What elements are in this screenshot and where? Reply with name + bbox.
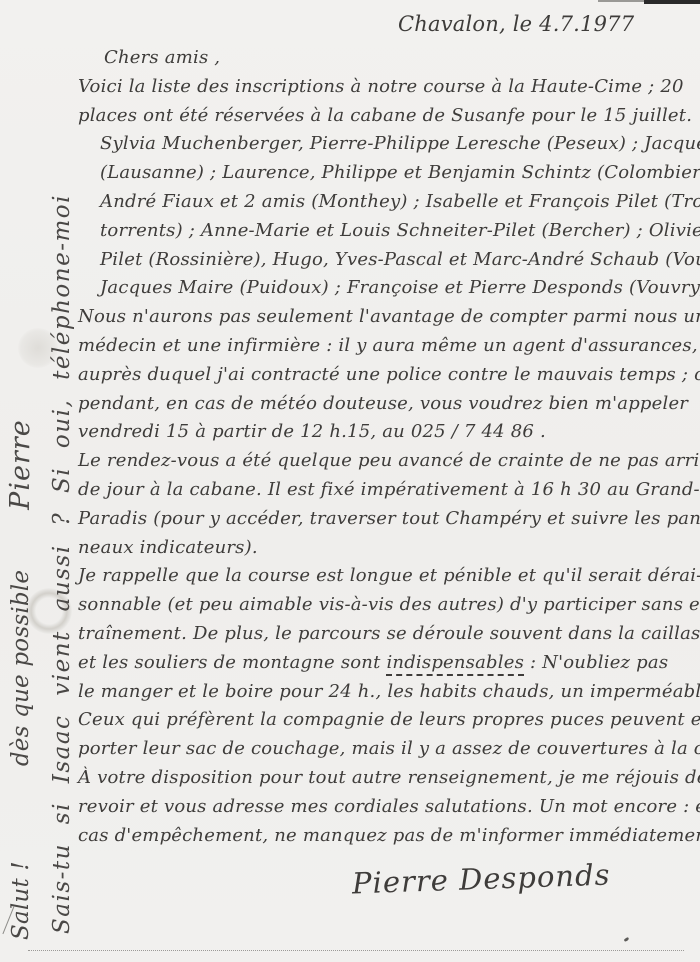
- signature: Pierre Desponds: [351, 857, 611, 900]
- letter-page: Chavalon, le 4.7.1977 Chers amis , Voici…: [0, 0, 700, 962]
- body-line: traînement. De plus, le parcours se déro…: [78, 620, 698, 649]
- body-line: pendant, en cas de météo douteuse, vous …: [78, 390, 698, 419]
- body-line-names: André Fiaux et 2 amis (Monthey) ; Isabel…: [78, 188, 698, 217]
- body-line: vendredi 15 à partir de 12 h.15, au 025 …: [78, 418, 698, 447]
- body-line: À votre disposition pour tout autre rens…: [78, 764, 698, 793]
- body-line-names: Jacques Maire (Puidoux) ; Françoise et P…: [78, 274, 698, 303]
- body-line-names: torrents) ; Anne-Marie et Louis Schneite…: [78, 217, 698, 246]
- body-line: sonnable (et peu aimable vis-à-vis des a…: [78, 591, 698, 620]
- body-line: Le rendez-vous a été quelque peu avancé …: [78, 447, 698, 476]
- body-line: places ont été réservées à la cabane de …: [78, 102, 698, 131]
- body-line: Je rappelle que la course est longue et …: [78, 562, 698, 591]
- margin-signer: Pierre: [2, 419, 40, 510]
- body-line: neaux indicateurs).: [78, 534, 698, 563]
- body-line-names: (Lausanne) ; Laurence, Philippe et Benja…: [78, 159, 698, 188]
- body-line: de jour à la cabane. Il est fixé impérat…: [78, 476, 698, 505]
- body-line-pre: et les souliers de montagne sont: [78, 652, 386, 673]
- salutation: Chers amis ,: [78, 44, 698, 73]
- dateline: Chavalon, le 4.7.1977: [398, 12, 634, 36]
- margin-note: Salut ! dès que possible Pierre Sais-tu …: [2, 0, 86, 962]
- margin-note-line-outer: Salut ! dès que possible Pierre: [2, 0, 40, 962]
- scan-fold-line: [28, 950, 684, 951]
- body-line: Paradis (pour y accéder, traverser tout …: [78, 505, 698, 534]
- ink-speck: [624, 937, 630, 942]
- body-line-underline: et les souliers de montagne sont indispe…: [78, 649, 698, 678]
- scan-artifact-top-right: [644, 0, 700, 4]
- body-line: le manger et le boire pour 24 h., les ha…: [78, 678, 698, 707]
- underlined-word: indispensables: [386, 652, 524, 676]
- body-line: porter leur sac de couchage, mais il y a…: [78, 735, 698, 764]
- body-line: Ceux qui préfèrent la compagnie de leurs…: [78, 706, 698, 735]
- body-line: revoir et vous adresse mes cordiales sal…: [78, 793, 698, 822]
- body-line: Nous n'aurons pas seulement l'avantage d…: [78, 303, 698, 332]
- body-line: cas d'empêchement, ne manquez pas de m'i…: [78, 822, 698, 851]
- body-line: médecin et une infirmière : il y aura mê…: [78, 332, 698, 361]
- body-line-names: Sylvia Muchenberger, Pierre-Philippe Ler…: [78, 130, 698, 159]
- margin-request: dès que possible: [2, 570, 40, 766]
- body-line-names: Pilet (Rossinière), Hugo, Yves-Pascal et…: [78, 246, 698, 275]
- body-line-post: : N'oubliez pas: [524, 652, 668, 673]
- body-line: auprès duquel j'ai contracté une police …: [78, 361, 698, 390]
- letter-body: Chers amis , Voici la liste des inscript…: [78, 44, 698, 850]
- scan-artifact-top-right-faint: [598, 0, 644, 2]
- margin-greeting: Salut !: [2, 861, 40, 940]
- body-line: Voici la liste des inscriptions à notre …: [78, 73, 698, 102]
- margin-note-line-inner: Sais-tu si Isaac vient aussi ? Si oui, t…: [40, 0, 84, 934]
